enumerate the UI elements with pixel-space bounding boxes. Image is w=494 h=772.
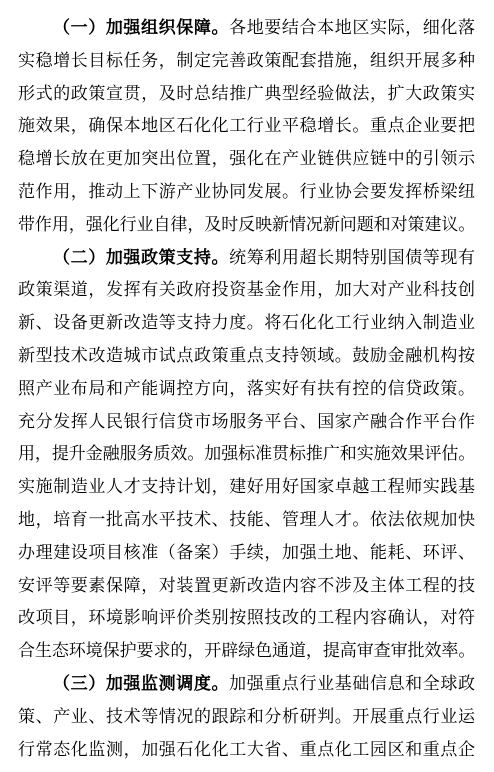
section-heading: （二）加强政策支持。 [53,248,229,267]
text-line: 充分发挥人民银行信贷市场服务平台、国家产融合作平台作 [18,406,475,439]
document-page: （一）加强组织保障。各地要结合本地区实际，细化落 实稳增长目标任务，制定完善政策… [18,12,475,766]
text-line-body: 各地要结合本地区实际，细化落 [229,18,475,37]
text-line: 照产业布局和产能调控方向，落实好有扶有控的信贷政策。 [18,373,475,406]
text-line: 改项目，环境影响评价类别按照技改的工程内容确认，对符 [18,602,475,635]
text-line: 新、设备更新改造等支持力度。将石化化工行业纳入制造业 [18,307,475,340]
text-line: （二）加强政策支持。统筹利用超长期特别国债等现有 [18,242,475,275]
text-line: 行常态化监测，加强石化化工大省、重点化工园区和重点企 [18,734,475,767]
text-line: 政策渠道，发挥有关政府投资基金作用，加大对产业科技创 [18,274,475,307]
text-line: 合生态环境保护要求的，开辟绿色通道，提高审查审批效率。 [18,635,475,668]
text-line: （一）加强组织保障。各地要结合本地区实际，细化落 [18,12,475,45]
text-line: 形式的政策宣贯，及时总结推广典型经验做法，扩大政策实 [18,78,475,111]
section-heading: （三）加强监测调度。 [53,674,229,693]
text-line: 安评等要素保障，对装置更新改造内容不涉及主体工程的技 [18,570,475,603]
text-line: 稳增长放在更加突出位置，强化在产业链供应链中的引领示 [18,143,475,176]
text-line: 地，培育一批高水平技术、技能、管理人才。依法依规加快 [18,504,475,537]
text-line: 新型技术改造城市试点政策重点支持领域。鼓励金融机构按 [18,340,475,373]
text-line: 实稳增长目标任务，制定完善政策配套措施，组织开展多种 [18,45,475,78]
text-line: 带作用，强化行业自律，及时反映新情况新问题和对策建议。 [18,209,475,242]
text-line: 实施制造业人才支持计划，建好用好国家卓越工程师实践基 [18,471,475,504]
text-line: 办理建设项目核准（备案）手续，加强土地、能耗、环评、 [18,537,475,570]
text-line: 用，提升金融服务质效。加强标准贯标推广和实施效果评估。 [18,438,475,471]
text-line: 施效果，确保本地区石化化工行业平稳增长。重点企业要把 [18,110,475,143]
section-heading: （一）加强组织保障。 [53,18,229,37]
text-line: 范作用，推动上下游产业协同发展。行业协会要发挥桥梁纽 [18,176,475,209]
text-line: 策、产业、技术等情况的跟踪和分析研判。开展重点行业运 [18,701,475,734]
text-line: （三）加强监测调度。加强重点行业基础信息和全球政 [18,668,475,701]
text-line-body: 加强重点行业基础信息和全球政 [229,674,475,693]
text-line-body: 统筹利用超长期特别国债等现有 [229,248,475,267]
